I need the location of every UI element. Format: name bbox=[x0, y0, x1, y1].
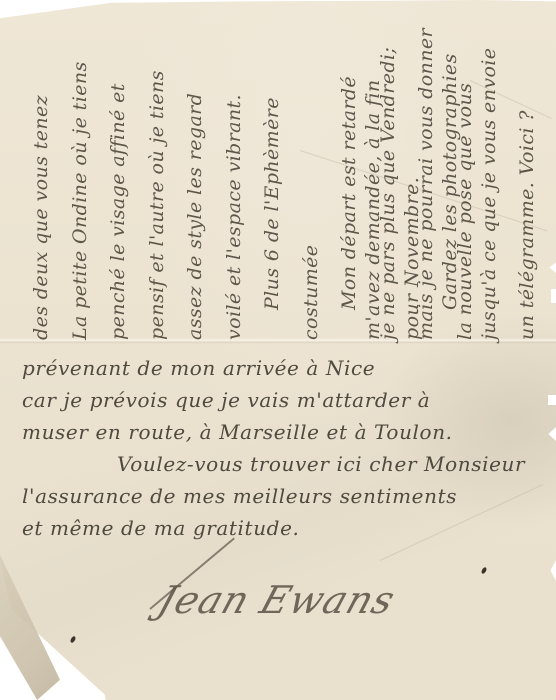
handwritten-line: pour Novembre. bbox=[393, 10, 432, 340]
handwritten-line: jusqu'à ce que je vous envoie bbox=[470, 10, 509, 340]
handwritten-line: penché le visage affiné et bbox=[99, 10, 138, 340]
handwritten-line: et même de ma gratitude. bbox=[22, 512, 552, 544]
handwritten-line: voilé et l'espace vibrant. bbox=[215, 10, 254, 340]
handwritten-line: costumée bbox=[292, 10, 331, 340]
handwritten-line: un télégramme. Voici ? bbox=[508, 10, 547, 340]
handwritten-line: La petite Ondine où je tiens bbox=[61, 10, 100, 340]
handwritten-line: car je prévois que je vais m'attarder à bbox=[22, 384, 552, 416]
handwritten-line: muser en route, à Marseille et à Toulon. bbox=[22, 416, 552, 448]
handwritten-line: assez de style les regard bbox=[176, 10, 215, 340]
handwritten-line: m'avez demandée, à la fin bbox=[354, 10, 393, 340]
handwritten-line: Gardez les photographies bbox=[431, 10, 470, 340]
handwritten-line: prévenant de mon arrivée à Nice bbox=[22, 352, 552, 384]
handwritten-line: Voulez-vous trouver ici cher Monsieur bbox=[22, 448, 552, 480]
handwritten-line: pensif et l'autre où je tiens bbox=[138, 10, 177, 340]
handwritten-line: l'assurance de mes meilleurs sentiments bbox=[22, 480, 552, 512]
lower-text: prévenant de mon arrivée à Nice car je p… bbox=[22, 352, 552, 544]
handwritten-line: des deux que vous tenez bbox=[22, 10, 61, 340]
handwritten-line: Plus 6 de l'Ephèmère bbox=[253, 10, 292, 340]
signature: Jean Ewans bbox=[153, 578, 401, 622]
upper-rotated-text-continued: m'avez demandée, à la fin pour Novembre.… bbox=[354, 10, 556, 340]
letter-scan: des deux que vous tenez La petite Ondine… bbox=[0, 0, 556, 700]
